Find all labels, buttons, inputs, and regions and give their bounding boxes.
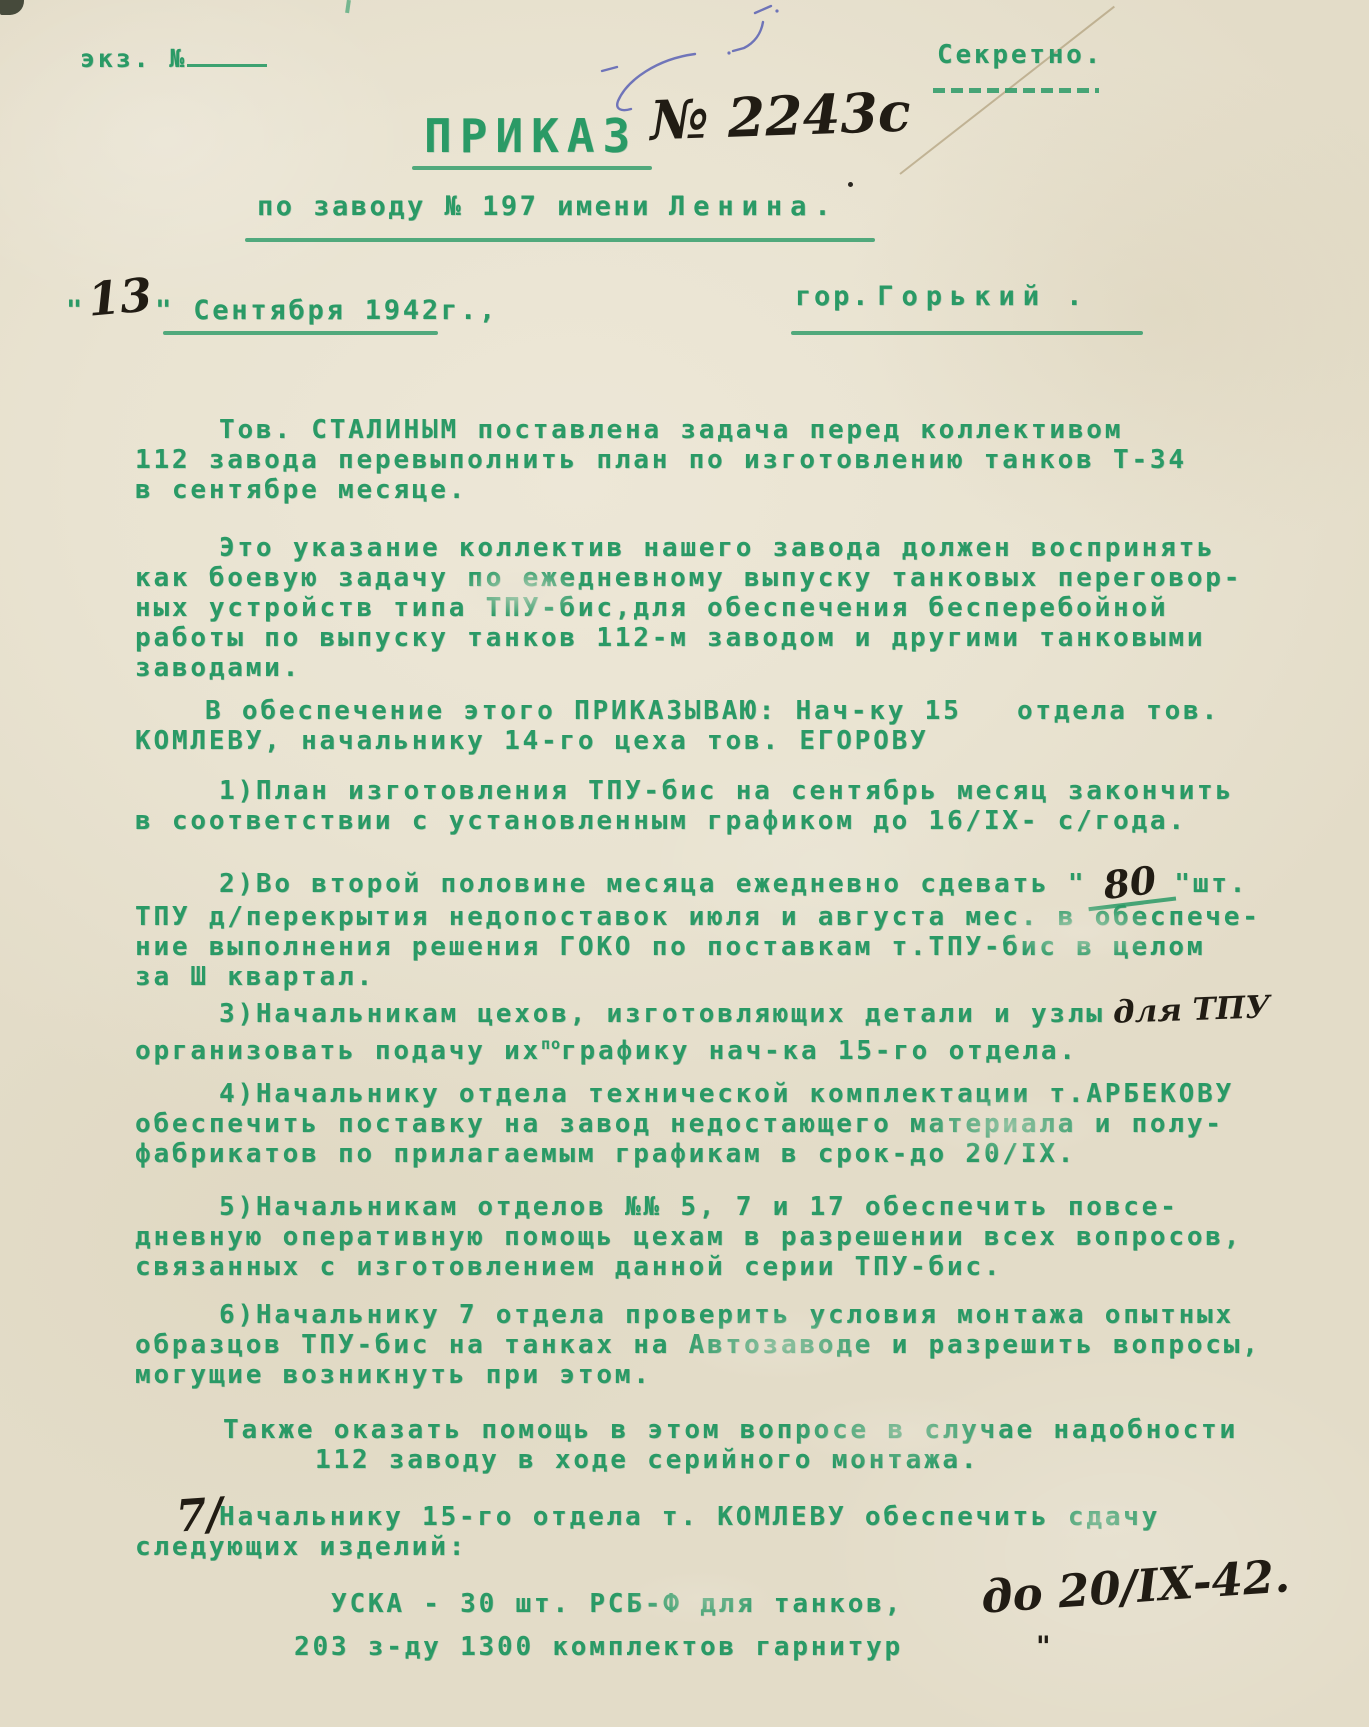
typed-segment: 2)Во второй половине месяца ежедневно сд… xyxy=(219,869,1086,899)
paragraph-prikazyvayu: В обеспечение этого ПРИКАЗЫВАЮ: Нач-ку 1… xyxy=(135,696,1220,756)
paragraph-line: дневную оперативную помощь цехам в разре… xyxy=(135,1222,1242,1252)
subtitle-underline xyxy=(245,238,875,242)
paragraph-line: в соответствии с установленным графиком … xyxy=(135,806,1234,836)
copy-number-blank-line xyxy=(187,44,267,67)
typed-segment: 3)Начальникам цехов, изготовляющих детал… xyxy=(219,999,1105,1029)
copy-number-label: экз. № xyxy=(80,44,267,74)
paragraph-line: Также оказать помощь в этом вопросе в сл… xyxy=(135,1415,1238,1445)
typed-segment: "шт. xyxy=(1174,869,1248,899)
date-quote-close: " xyxy=(155,295,174,326)
city-line: гор.Горький . xyxy=(795,282,1085,312)
paragraph-line: за Ш квартал. xyxy=(135,962,1261,992)
handwritten-dlya-tpu: для ТПУ xyxy=(1112,992,1270,1027)
paragraph-line: организовать подачу ихпографику нач-ка 1… xyxy=(135,1029,1270,1066)
handwritten-day: 13 xyxy=(86,271,154,322)
paragraph-line: связанных с изготовлением данной серии Т… xyxy=(135,1252,1242,1282)
paragraph-directive: Это указание коллектив нашего завода дол… xyxy=(135,533,1242,683)
top-ink-tick xyxy=(345,0,351,13)
subtitle-prefix: по заводу № 197 имени xyxy=(257,191,651,222)
city-underline xyxy=(791,331,1143,335)
paragraph-line: 203 з-ду 1300 комплектов гарнитур xyxy=(294,1632,903,1662)
corner-ink-blob xyxy=(0,0,24,15)
paragraph-line: 4)Начальнику отдела технической комплект… xyxy=(135,1079,1234,1109)
paragraph-line: 2)Во второй половине месяца ежедневно сд… xyxy=(135,860,1261,902)
paragraph-line: фабрикатов по прилагаемым графикам в сро… xyxy=(135,1139,1234,1169)
paragraph-line: Тов. СТАЛИНЫМ поставлена задача перед ко… xyxy=(135,415,1187,445)
handwritten-deadline: до 20/IХ-42. xyxy=(980,1561,1290,1612)
paragraph-line: как боевую задачу по ежедневному выпуску… xyxy=(135,563,1242,593)
paragraph-line: обеспечить поставку на завод недостающег… xyxy=(135,1109,1234,1139)
paragraph-uska: УСКА - 30 шт. РСБ-Ф для танков,до 20/IХ-… xyxy=(331,1582,1290,1619)
handwritten-item-7: 7/ xyxy=(174,1488,224,1542)
title-underline xyxy=(412,166,652,170)
date-underline xyxy=(163,331,438,335)
date-line: "13" Сентября 1942г., xyxy=(66,280,498,326)
handwritten-order-number: № 2243с xyxy=(649,79,912,152)
order-subtitle: по заводу № 197 имениЛенина. xyxy=(257,192,839,222)
secret-stamp: Секретно. xyxy=(937,40,1103,70)
paragraph-line: Начальнику 15-го отдела т. КОМЛЕВУ обесп… xyxy=(135,1502,1160,1532)
date-text: Сентября 1942г., xyxy=(174,295,498,326)
paragraph-line: 112 заводу в ходе серийного монтажа. xyxy=(135,1445,1238,1475)
document-page: экз. № Секретно. ПРИКАЗ № 2243с по завод… xyxy=(0,0,1369,1727)
typed-segment: графику нач-ка 15-го отдела. xyxy=(561,1036,1078,1066)
typed-segment: УСКА - 30 шт. РСБ-Ф для танков, xyxy=(331,1589,903,1619)
paragraph-line: 112 завода перевыполнить план по изготов… xyxy=(135,445,1187,475)
paragraph-item-5: 5)Начальникам отделов №№ 5, 7 и 17 обесп… xyxy=(135,1192,1242,1282)
date-quote-open: " xyxy=(66,295,85,326)
city-prefix: гор. xyxy=(795,281,871,312)
paragraph-line: образцов ТПУ-бис на танках на Автозаводе… xyxy=(135,1330,1261,1360)
paragraph-line: 3)Начальникам цехов, изготовляющих детал… xyxy=(135,997,1270,1029)
paragraph-line: в сентябре месяце. xyxy=(135,475,1187,505)
paragraph-line: 1)План изготовления ТПУ-бис на сентябрь … xyxy=(135,776,1234,806)
subtitle-factory-name: Ленина. xyxy=(669,191,839,222)
paragraph-line: ных устройств типа ТПУ-бис,для обеспечен… xyxy=(135,593,1242,623)
paragraph-line: могущие возникнуть при этом. xyxy=(135,1360,1261,1390)
paragraph-203-zavod: 203 з-ду 1300 комплектов гарнитур xyxy=(294,1632,903,1662)
paragraph-line: ние выполнения решения ГОКО по поставкам… xyxy=(135,932,1261,962)
paragraph-item-7: Начальнику 15-го отдела т. КОМЛЕВУ обесп… xyxy=(135,1502,1160,1562)
superscript-po: по xyxy=(541,1035,561,1053)
paragraph-line: Это указание коллектив нашего завода дол… xyxy=(135,533,1242,563)
paragraph-line: В обеспечение этого ПРИКАЗЫВАЮ: Нач-ку 1… xyxy=(135,696,1220,726)
city-name: Горький xyxy=(877,281,1047,312)
paragraph-item-2: 2)Во второй половине месяца ежедневно сд… xyxy=(135,860,1261,992)
paragraph-item-1: 1)План изготовления ТПУ-бис на сентябрь … xyxy=(135,776,1234,836)
city-period: . xyxy=(1047,281,1085,312)
paragraph-line: 6)Начальнику 7 отдела проверить условия … xyxy=(135,1300,1261,1330)
paragraph-line: следующих изделий: xyxy=(135,1532,1160,1562)
paragraph-line: работы по выпуску танков 112-м заводом и… xyxy=(135,623,1242,653)
paragraph-item-4: 4)Начальнику отдела технической комплект… xyxy=(135,1079,1234,1169)
paragraph-item-6: 6)Начальнику 7 отдела проверить условия … xyxy=(135,1300,1261,1390)
paragraph-intro-stalin: Тов. СТАЛИНЫМ поставлена задача перед ко… xyxy=(135,415,1187,505)
copy-label-text: экз. № xyxy=(80,44,187,73)
typed-segment: организовать подачу их xyxy=(135,1036,541,1066)
paragraph-line: КОМЛЕВУ, начальнику 14-го цеха тов. ЕГОР… xyxy=(135,726,1220,756)
paragraph-line: УСКА - 30 шт. РСБ-Ф для танков,до 20/IХ-… xyxy=(331,1582,1290,1619)
paragraph-line: 5)Начальникам отделов №№ 5, 7 и 17 обесп… xyxy=(135,1192,1242,1222)
paragraph-item-3: 3)Начальникам цехов, изготовляющих детал… xyxy=(135,997,1270,1066)
handwritten-ditto-mark: " xyxy=(1036,1630,1051,1663)
paragraph-line: заводами. xyxy=(135,653,1242,683)
secret-underline xyxy=(933,88,1099,93)
ink-dot xyxy=(848,182,853,187)
paragraph-also-help: Также оказать помощь в этом вопросе в сл… xyxy=(135,1415,1238,1475)
